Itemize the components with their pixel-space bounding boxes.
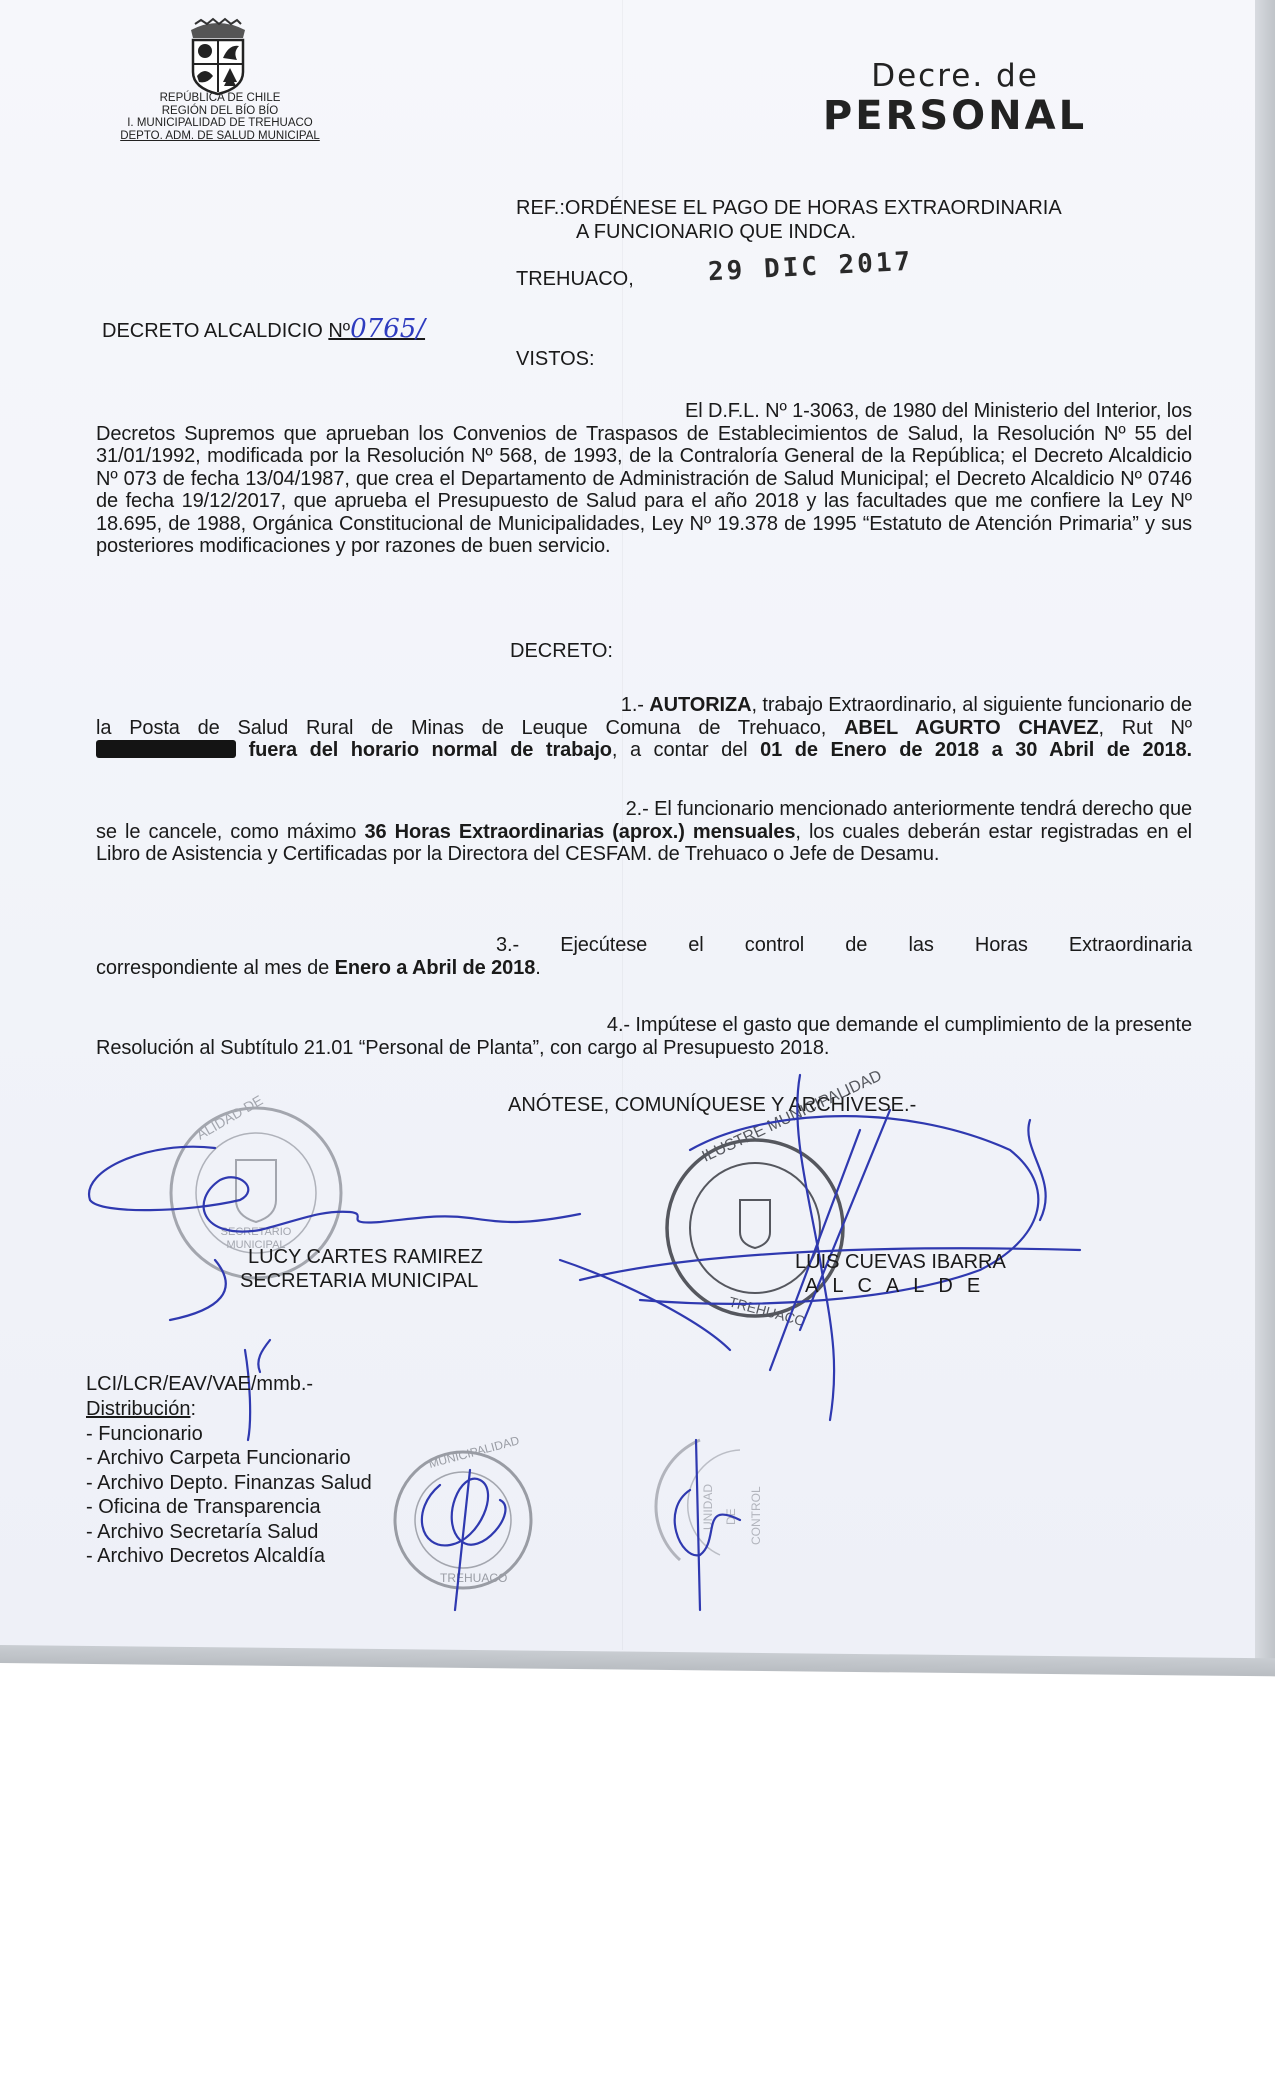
closing-formula: ANÓTESE, COMUNÍQUESE Y ARCHÍVESE.- <box>508 1094 916 1117</box>
vistos-heading: VISTOS: <box>516 348 595 371</box>
signatory-title: ALCALDE <box>795 1274 1006 1298</box>
item-bold: fuera del horario normal de trabajo <box>236 739 612 761</box>
letterhead-line: I. MUNICIPALIDAD DE TREHUACO <box>100 117 340 130</box>
stamp-line-2: PERSONAL <box>815 94 1095 138</box>
distribution-item: - Archivo Decretos Alcaldía <box>86 1544 372 1569</box>
distribution-heading: Distribución <box>86 1398 190 1420</box>
item-text: El funcionario mencionado anteriormente … <box>654 798 1192 820</box>
item-text: , a contar del <box>612 739 760 761</box>
signatory-left: LUCY CARTES RAMIREZ SECRETARIA MUNICIPAL <box>240 1245 483 1293</box>
letterhead-line: REPÚBLICA DE CHILE <box>100 92 340 105</box>
stamp-line-1: Decre. de <box>815 58 1095 94</box>
vistos-first-line: El D.F.L. Nº 1-3063, de 1980 del Ministe… <box>96 400 1192 423</box>
item-number: 4.- <box>607 1014 636 1036</box>
decree-item-1: 1.- AUTORIZA, trabajo Extraordinario, al… <box>96 694 1192 762</box>
item-bold: Enero a Abril de 2018 <box>335 957 536 979</box>
signatory-name: LUCY CARTES RAMIREZ <box>240 1245 483 1269</box>
place: TREHUACO, <box>516 268 634 291</box>
letterhead-line: REGIÓN DEL BÍO BÍO <box>100 105 340 118</box>
distribution-item: - Archivo Depto. Finanzas Salud <box>86 1471 372 1496</box>
vistos-paragraph: El D.F.L. Nº 1-3063, de 1980 del Ministe… <box>96 400 1192 558</box>
decreto-heading: DECRETO: <box>510 640 613 663</box>
vistos-body: Decretos Supremos que aprueban los Conve… <box>96 423 1192 558</box>
page-edge-shadow <box>1255 0 1275 1660</box>
distribution-item: - Funcionario <box>86 1422 372 1447</box>
signatory-title: SECRETARIA MUNICIPAL <box>240 1269 483 1293</box>
item-number: 3.- <box>496 934 560 956</box>
item-text: la Posta de Salud Rural de Minas de Leuq… <box>96 717 844 739</box>
decree-item-2: 2.- El funcionario mencionado anteriorme… <box>96 798 1192 866</box>
item-text: , trabajo Extraordinario, al siguiente f… <box>751 694 1192 716</box>
item-bold: AUTORIZA <box>649 694 751 716</box>
reference-line-1: REF.:ORDÉNESE EL PAGO DE HORAS EXTRAORDI… <box>516 196 1062 220</box>
distribution-item: - Oficina de Transparencia <box>86 1495 372 1520</box>
distribution-item: - Archivo Secretaría Salud <box>86 1520 372 1545</box>
decree-number-prefix: Nº <box>328 320 350 342</box>
distribution-item: - Archivo Carpeta Funcionario <box>86 1446 372 1471</box>
item-text: . <box>535 957 540 979</box>
item-text: se le cancele, como máximo <box>96 821 364 843</box>
reference-line-2: A FUNCIONARIO QUE INDCA. <box>516 220 1062 244</box>
letterhead-department: DEPTO. ADM. DE SALUD MUNICIPAL <box>100 130 340 143</box>
initials-reference: LCI/LCR/EAV/VAE/mmb.- <box>86 1373 313 1396</box>
item-text: Resolución al Subtítulo 21.01 “Personal … <box>96 1037 1192 1060</box>
letterhead-text: REPÚBLICA DE CHILE REGIÓN DEL BÍO BÍO I.… <box>100 92 340 142</box>
decree-item-4: 4.- Impútese el gasto que demande el cum… <box>96 1014 1192 1059</box>
distribution-list: Distribución: - Funcionario - Archivo Ca… <box>86 1397 372 1569</box>
item-number: 2.- <box>626 798 655 820</box>
decree-item-3: 3.- Ejecútese el control de las Horas Ex… <box>96 934 1192 979</box>
item-text: , Rut Nº <box>1099 717 1192 739</box>
handwritten-decree-number: 0765/ <box>350 314 425 344</box>
municipal-coat-of-arms-icon <box>183 16 253 96</box>
decree-type-stamp: Decre. de PERSONAL <box>815 58 1095 138</box>
item-number: 1.- <box>621 694 650 716</box>
reference-block: REF.:ORDÉNESE EL PAGO DE HORAS EXTRAORDI… <box>516 196 1062 244</box>
signatory-name: LUIS CUEVAS IBARRA <box>795 1250 1006 1274</box>
item-period: 01 de Enero de 2018 a 30 Abril de 2018. <box>760 739 1192 761</box>
decree-number-label: DECRETO ALCALDICIO <box>102 320 328 342</box>
employee-name: ABEL AGURTO CHAVEZ <box>844 717 1098 739</box>
item-text: Impútese el gasto que demande el cumplim… <box>635 1014 1192 1036</box>
redacted-rut <box>96 740 236 758</box>
signatory-right: LUIS CUEVAS IBARRA ALCALDE <box>795 1250 1006 1298</box>
item-text: Ejecútese el control de las Horas Extrao… <box>560 934 1192 956</box>
item-bold: 36 Horas Extraordinarias (aprox.) mensua… <box>364 821 795 843</box>
item-text: correspondiente al mes de <box>96 957 335 979</box>
decree-number: DECRETO ALCALDICIO Nº0765/ <box>102 314 425 344</box>
